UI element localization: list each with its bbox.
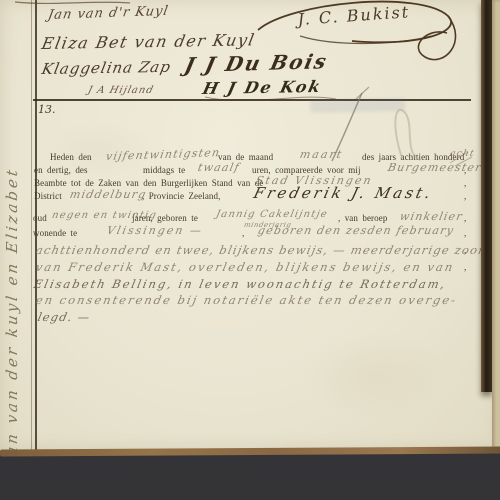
signature-hj-de-kok: H J De Kok	[201, 77, 324, 98]
printed-text: Heden den	[50, 152, 92, 162]
flourish-signature-name: J. C. Bukist	[294, 2, 411, 29]
printed-text: , Provincie Zeeland,	[142, 191, 220, 201]
handwritten-hour: twaalf	[197, 161, 242, 174]
margin-comma: ,	[464, 165, 466, 175]
printed-text: wonende te	[33, 228, 77, 238]
top-edge-pen-stroke	[15, 2, 130, 3]
handwritten-line: van Frederik Mast, overleden, blijkens b…	[35, 260, 456, 274]
signature-flourish-loop	[418, 16, 455, 60]
handwritten-profession: winkelier	[399, 210, 465, 223]
printed-text: District	[34, 191, 62, 201]
pen-tick	[356, 87, 369, 99]
handwritten-line: Elisabeth Belling, in leven woonachtig t…	[33, 277, 448, 291]
handwritten-line: legd. —	[37, 310, 92, 324]
handwritten-official: Burgemeester	[387, 161, 483, 174]
page-edge-strip	[492, 0, 500, 449]
signature-jan-van-der-kuyl: Jan van d'r Kuyl	[47, 4, 170, 23]
handwritten-line: en consenterende bij notariële akte ten …	[35, 293, 459, 307]
margin-comma: ,	[464, 178, 466, 188]
margin-comma: ,	[464, 228, 466, 238]
signature-ja-hijland: J A Hijland	[87, 85, 155, 96]
handwritten-birthplace: Jannig Cakelijntje	[215, 209, 329, 220]
margin-rule-thick	[35, 0, 37, 451]
handwritten-year: acht	[449, 149, 476, 159]
handwritten-line: achttienhonderd en twee, blijkens bewijs…	[35, 243, 489, 257]
margin-comma: ,	[464, 245, 466, 255]
printed-text: en dertig, des	[34, 165, 88, 175]
binding-shadow-band	[481, 0, 492, 392]
signature-flourish-oval	[258, 2, 451, 43]
handwritten-month: maart	[299, 148, 345, 161]
printed-text: ,	[242, 228, 244, 238]
printed-text: , van beroep	[338, 213, 387, 223]
signature-flourish-underline	[300, 36, 432, 44]
handwritten-birthdate: geboren den zesden february	[257, 224, 456, 237]
paper-sheet: Jan van der kuyl en Elizabet Jan van d'r…	[0, 0, 500, 451]
act-number: 13.	[38, 103, 56, 116]
paper-stain	[300, 330, 450, 420]
signature-eliza-bet-van-der-kuyl: Eliza Bet van der Kuyl	[40, 30, 257, 53]
scanned-document-page: Jan van der kuyl en Elizabet Jan van d'r…	[0, 0, 500, 500]
printed-text: jaren, geboren te	[132, 213, 198, 223]
signature-jj-du-bois: J J Du Bois	[182, 49, 330, 77]
printed-text: middags te	[143, 165, 185, 175]
section-divider-rule	[33, 99, 471, 101]
faint-archive-stamp	[310, 98, 405, 113]
margin-comma: ,	[464, 213, 466, 223]
margin-comma: ,	[464, 191, 466, 201]
signature-klaggelina-zap: Klaggelina Zap	[40, 58, 172, 78]
margin-rule-thin	[31, 0, 32, 451]
handwritten-district: middelburg	[69, 188, 148, 201]
handwritten-residence: Vlissingen —	[106, 224, 205, 237]
margin-vertical-name: Jan van der kuyl en Elizabet	[3, 43, 25, 451]
printed-text: oud	[33, 213, 47, 223]
handwritten-comparant-name: Frederik J. Mast.	[252, 184, 435, 202]
margin-comma: ,	[464, 262, 466, 272]
printed-text: Beambte tot de Zaken van den Burgerlijke…	[34, 178, 263, 188]
